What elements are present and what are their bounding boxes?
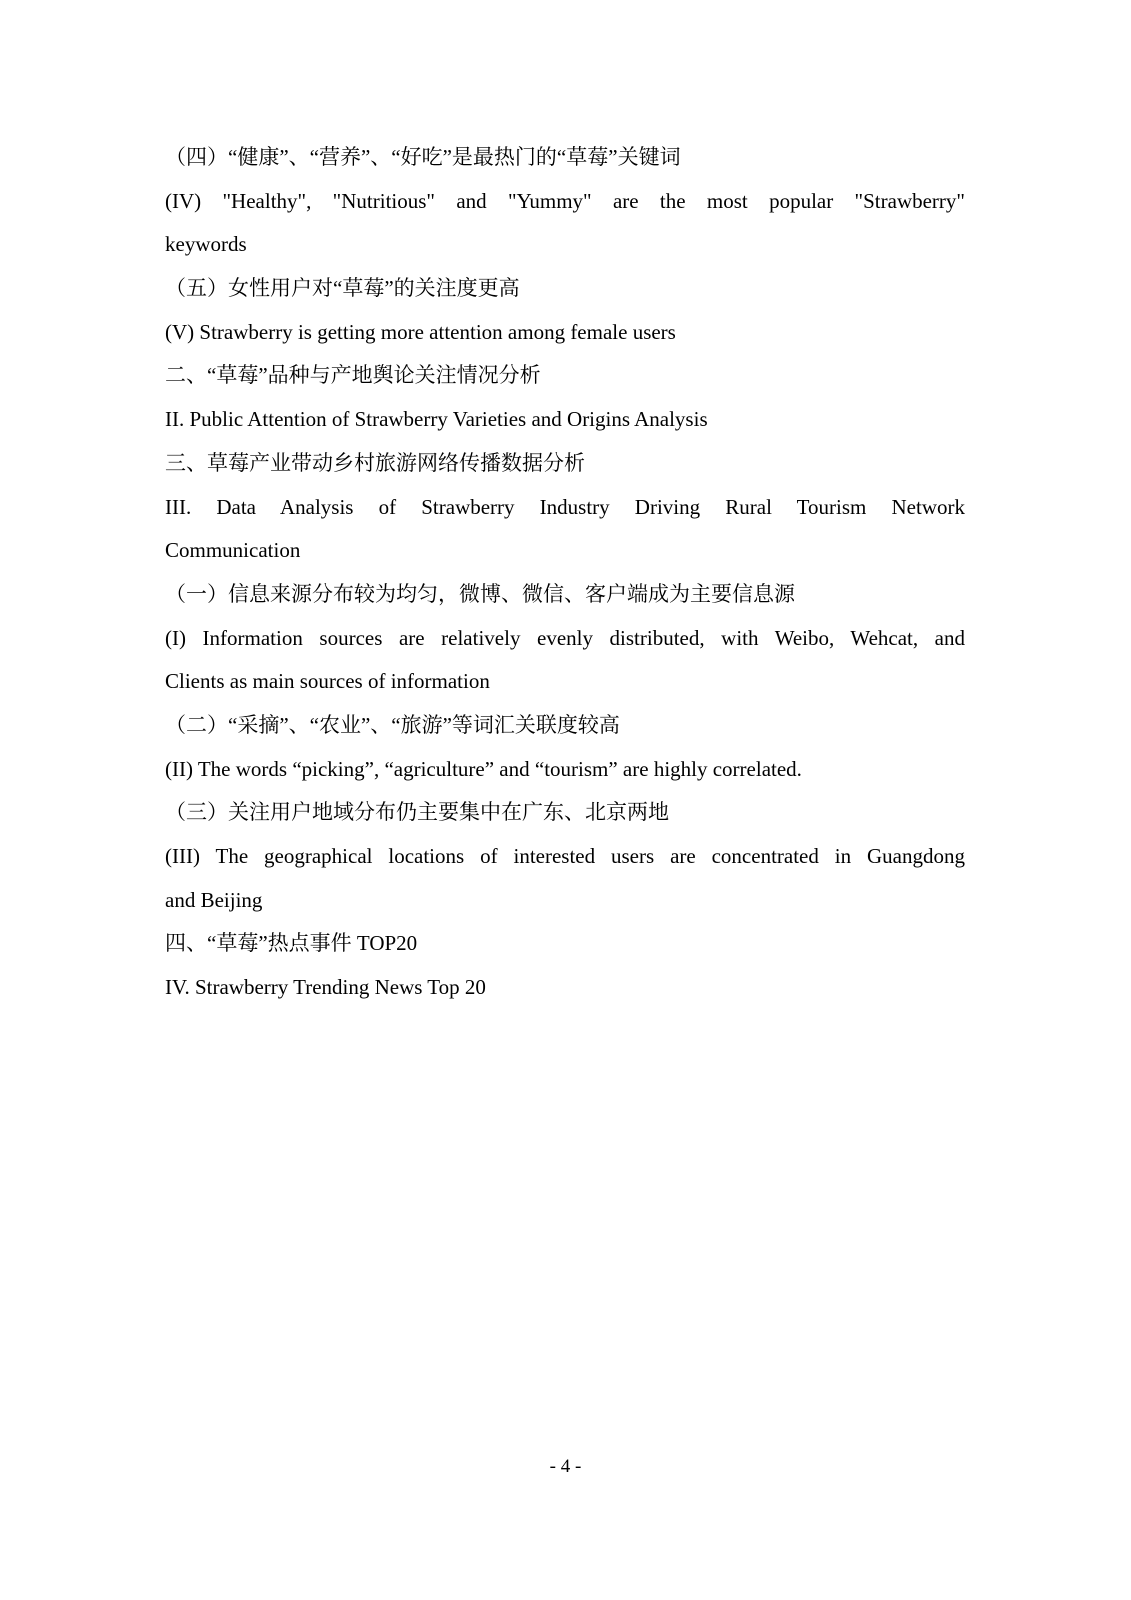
toc-line-zh-section2: 二、“草莓”品种与产地舆论关注情况分析: [165, 354, 965, 398]
toc-line-en-section1-item4: (IV) "Healthy", "Nutritious" and "Yummy"…: [165, 180, 965, 224]
toc-line-en-section1-item5: (V) Strawberry is getting more attention…: [165, 311, 965, 355]
toc-line-en-section3-item3-cont: and Beijing: [165, 879, 965, 923]
document-page: （四）“健康”、“营养”、“好吃”是最热门的“草莓”关键词(IV) "Healt…: [0, 0, 1131, 1600]
toc-line-en-section3-item1-cont: Clients as main sources of information: [165, 660, 965, 704]
toc-line-en-section3-item1: (I) Information sources are relatively e…: [165, 617, 965, 661]
toc-line-en-section4: IV. Strawberry Trending News Top 20: [165, 966, 965, 1010]
page-number: - 4 -: [0, 1452, 1131, 1482]
toc-line-zh-section4: 四、“草莓”热点事件 TOP20: [165, 922, 965, 966]
toc-line-zh-section1-item4: （四）“健康”、“营养”、“好吃”是最热门的“草莓”关键词: [165, 136, 965, 180]
toc-line-en-section3: III. Data Analysis of Strawberry Industr…: [165, 486, 965, 530]
toc-line-en-section1-item4-cont: keywords: [165, 223, 965, 267]
toc-line-zh-section3: 三、草莓产业带动乡村旅游网络传播数据分析: [165, 442, 965, 486]
toc-line-zh-section3-item3: （三）关注用户地域分布仍主要集中在广东、北京两地: [165, 791, 965, 835]
toc-line-en-section2: II. Public Attention of Strawberry Varie…: [165, 398, 965, 442]
toc-line-zh-section1-item5: （五）女性用户对“草莓”的关注度更高: [165, 267, 965, 311]
toc-content: （四）“健康”、“营养”、“好吃”是最热门的“草莓”关键词(IV) "Healt…: [165, 136, 965, 1010]
toc-line-en-section3-cont: Communication: [165, 529, 965, 573]
toc-line-en-section3-item3: (III) The geographical locations of inte…: [165, 835, 965, 879]
toc-line-en-section3-item2: (II) The words “picking”, “agriculture” …: [165, 748, 965, 792]
toc-line-zh-section3-item1: （一）信息来源分布较为均匀，微博、微信、客户端成为主要信息源: [165, 573, 965, 617]
toc-line-zh-section3-item2: （二）“采摘”、“农业”、“旅游”等词汇关联度较高: [165, 704, 965, 748]
